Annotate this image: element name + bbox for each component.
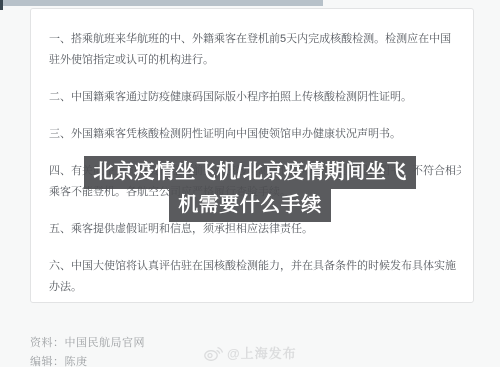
notice-item-4: 四、有关航空公司负责在登机前查验核酸检测阴性证明和健康状况声明书，不符合相关要求…	[49, 161, 461, 203]
notice-item-4-line1: 四、有关航空公司负责在登机前查验核酸检测阴性证明和健康状况声明书，不符合相关要求…	[49, 161, 461, 182]
watermark: @上海发布	[203, 343, 297, 362]
watermark-text: @上海发布	[227, 343, 297, 362]
notice-card: 一、搭乘航班来华航班的中、外籍乘客在登机前5天内完成核酸检测。检测应在中国驻外使…	[30, 8, 474, 303]
corner-sliver	[0, 0, 3, 10]
notice-item-1: 一、搭乘航班来华航班的中、外籍乘客在登机前5天内完成核酸检测。检测应在中国驻外使…	[49, 29, 461, 71]
notice-item-4-line2: 乘客不能登机。各航空公司应严格履行查验手续。	[49, 182, 461, 203]
source-caption: 资料：中国民航局官网	[30, 334, 145, 350]
editor-caption: 编辑：陈庚	[30, 353, 88, 367]
notice-item-6: 六、中国大使馆将认真评估驻在国核酸检测能力，并在具备条件的时候发布具体实施办法。	[49, 256, 461, 298]
notice-item-5: 五、乘客提供虚假证明和信息，须承担相应法律责任。	[49, 219, 461, 240]
weibo-icon	[203, 344, 223, 362]
notice-item-3: 三、外国籍乘客凭核酸检测阴性证明向中国使领馆申办健康状况声明书。	[49, 124, 461, 145]
cropped-top-bar	[3, 0, 323, 6]
notice-item-2: 二、中国籍乘客通过防疫健康码国际版小程序拍照上传核酸检测阴性证明。	[49, 87, 461, 108]
